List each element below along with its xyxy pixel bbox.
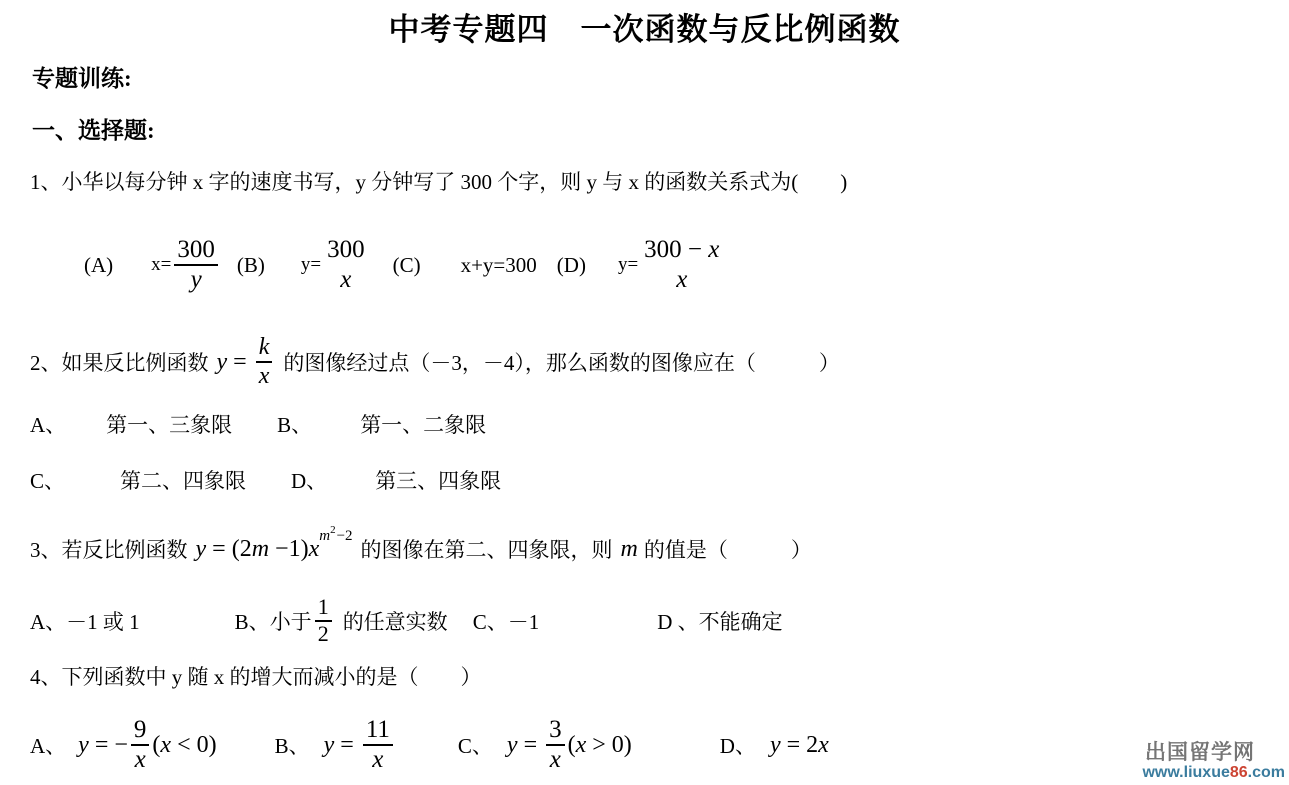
math-lhs: x=: [151, 254, 171, 276]
math-var-y: y: [324, 732, 335, 759]
q1-option-c-expression: x+y=300: [461, 253, 537, 278]
q2-option-a-label: A、: [30, 409, 66, 439]
q2-text-before: 2、如果反比例函数: [30, 347, 209, 377]
q1-option-a-label: (A): [84, 253, 113, 278]
watermark-site-name: 出国留学网: [1142, 741, 1255, 764]
q1-option-b-label: (B): [237, 253, 265, 278]
q1-option-c-label: (C): [393, 253, 421, 278]
condition-rest: < 0): [171, 732, 217, 759]
equals-sign: =: [518, 732, 544, 759]
equals-sign: = 2: [781, 732, 819, 759]
fraction: 9x: [131, 717, 150, 773]
q4-option-c-label: C、: [458, 730, 493, 760]
q3-text-mid: 的图像在第二、四象限，则: [361, 534, 613, 564]
fraction-denominator: x: [369, 747, 386, 773]
q2-math-expression: y = kx: [217, 335, 276, 389]
fraction: 300x: [324, 237, 368, 293]
fraction-denominator: 2: [315, 623, 332, 646]
question-2-options-row-1: A、 第一、三象限 B、 第一、二象限: [30, 409, 486, 439]
fraction-numerator: 3: [546, 717, 565, 743]
question-3-text: 3、若反比例函数 y = (2m −1)xm2−2 的图像在第二、四象限，则 m…: [30, 524, 812, 574]
q2-option-d-label: D、: [291, 465, 327, 495]
q3-option-d-label: D 、: [657, 606, 698, 636]
math-lhs: y=: [301, 254, 321, 276]
q2-option-d-text: 第三、四象限: [375, 465, 501, 495]
q3-option-a-text: －1 或 1: [66, 606, 140, 636]
math-var-y: y: [217, 349, 228, 376]
numerator-variable: x: [708, 236, 719, 263]
question-3-options: A、 －1 或 1 B、 小于 12 的任意实数 C、 －1 D 、 不能确定: [30, 590, 783, 652]
fraction-numerator: 11: [363, 717, 393, 743]
condition-rest: > 0): [586, 732, 632, 759]
fraction-denominator: x: [337, 267, 354, 293]
worksheet-page: 中考专题四 一次函数与反比例函数 专题训练: 一、选择题: 1、小华以每分钟 x…: [0, 0, 1289, 785]
exponent-rest: −2: [337, 528, 353, 544]
question-1-text: 1、小华以每分钟 x 字的速度书写，y 分钟写了 300 个字，则 y 与 x …: [30, 166, 847, 196]
fraction-denominator: x: [547, 747, 564, 773]
q1-option-a-expression: x=300y: [151, 237, 221, 293]
q3-option-b-text-before: 小于: [270, 606, 312, 636]
q1-option-d-label: (D): [557, 253, 586, 278]
fraction: kx: [256, 335, 273, 389]
q4-option-d-expression: y = 2x: [770, 732, 829, 759]
q1-option-b-expression: y=300x: [301, 237, 371, 293]
math-var-y: y: [507, 732, 518, 759]
q3-math-expression: y = (2m −1)xm2−2: [196, 536, 353, 563]
fraction-denominator: x: [132, 747, 149, 773]
q2-option-b-text: 第一、二象限: [360, 409, 486, 439]
fraction: 12: [315, 596, 332, 646]
q4-option-b-label: B、: [275, 730, 310, 760]
exponent-squared: 2: [330, 524, 336, 536]
question-4-text: 4、下列函数中 y 随 x 的增大而减小的是（ ）: [30, 661, 482, 691]
q2-option-b-label: B、: [277, 409, 312, 439]
heading-choice-section: 一、选择题:: [32, 112, 155, 145]
math-lhs: y=: [618, 254, 638, 276]
q1-option-d-expression: y=300 − xx: [618, 237, 725, 293]
question-2-text: 2、如果反比例函数 y = kx 的图像经过点（－3，－4），那么函数的图像应在…: [30, 324, 840, 400]
watermark: 出国留学网 www.liuxue86.com: [1142, 741, 1285, 782]
math-var-y: y: [78, 732, 89, 759]
equals-sign: =: [206, 536, 232, 563]
question-2-options-row-2: C、 第二、四象限 D、 第三、四象限: [30, 465, 501, 495]
q3-option-a-label: A、: [30, 606, 66, 636]
paren-close: −1): [269, 536, 309, 563]
q3-option-b-text-after: 的任意实数: [343, 606, 448, 636]
condition-variable: x: [576, 732, 587, 759]
q3-option-c-text: －1: [508, 606, 540, 636]
q3-text-after: 的值是（ ）: [644, 534, 812, 564]
fraction-numerator: k: [256, 335, 273, 360]
fraction-numerator: 300 − x: [641, 237, 722, 263]
watermark-url: www.liuxue86.com: [1142, 764, 1285, 782]
watermark-url-prefix: www.liuxue: [1142, 764, 1229, 781]
watermark-url-suffix: .com: [1248, 764, 1285, 781]
fraction: 300 − xx: [641, 237, 722, 293]
numerator-constant: 300 −: [644, 236, 708, 263]
math-var-m: m: [252, 536, 269, 563]
fraction-numerator: 300: [324, 237, 368, 263]
watermark-url-number: 86: [1230, 764, 1248, 781]
q2-text-after: 的图像经过点（－3，－4），那么函数的图像应在（ ）: [283, 347, 840, 377]
q2-option-c-label: C、: [30, 465, 65, 495]
math-var-y: y: [196, 536, 207, 563]
fraction-numerator: 1: [315, 596, 332, 619]
q4-option-d-label: D、: [720, 730, 756, 760]
q2-option-c-text: 第二、四象限: [120, 465, 246, 495]
condition-variable: x: [160, 732, 171, 759]
fraction-numerator: 9: [131, 717, 150, 743]
equals-minus: = −: [89, 732, 128, 759]
math-var-y: y: [770, 732, 781, 759]
math-var-x: x: [309, 536, 320, 563]
heading-training: 专题训练:: [32, 60, 132, 93]
fraction: 3x: [546, 717, 565, 773]
fraction-denominator: x: [256, 364, 273, 389]
condition-open: (: [568, 732, 576, 759]
q4-option-c-expression: y = 3x(x > 0): [507, 717, 632, 773]
q3-option-c-label: C、: [473, 606, 508, 636]
fraction-denominator: x: [673, 267, 690, 293]
fraction: 11x: [363, 717, 393, 773]
paren-open: (2: [232, 536, 252, 563]
math-var-m: m: [621, 536, 638, 563]
q4-option-a-expression: y = −9x(x < 0): [78, 717, 216, 773]
equals-sign: =: [334, 732, 360, 759]
q3-text-before: 3、若反比例函数: [30, 534, 188, 564]
fraction-numerator: 300: [174, 237, 218, 263]
fraction: 300y: [174, 237, 218, 293]
equals-sign: =: [227, 349, 253, 376]
q3-option-d-text: 不能确定: [699, 606, 783, 636]
question-1-options: (A) x=300y (B) y=300x (C) x+y=300 (D) y=…: [84, 226, 725, 304]
exponent-variable: m: [319, 528, 330, 544]
q4-option-b-expression: y = 11x: [324, 717, 396, 773]
q4-option-a-label: A、: [30, 730, 66, 760]
fraction-denominator: y: [188, 267, 205, 293]
q2-option-a-text: 第一、三象限: [106, 409, 232, 439]
math-var-x: x: [818, 732, 829, 759]
question-4-options: A、 y = −9x(x < 0) B、 y = 11x C、 y = 3x(x…: [30, 706, 829, 784]
page-title: 中考专题四 一次函数与反比例函数: [0, 4, 1289, 49]
q3-option-b-label: B、: [235, 606, 270, 636]
exponent: m2−2: [319, 528, 352, 545]
